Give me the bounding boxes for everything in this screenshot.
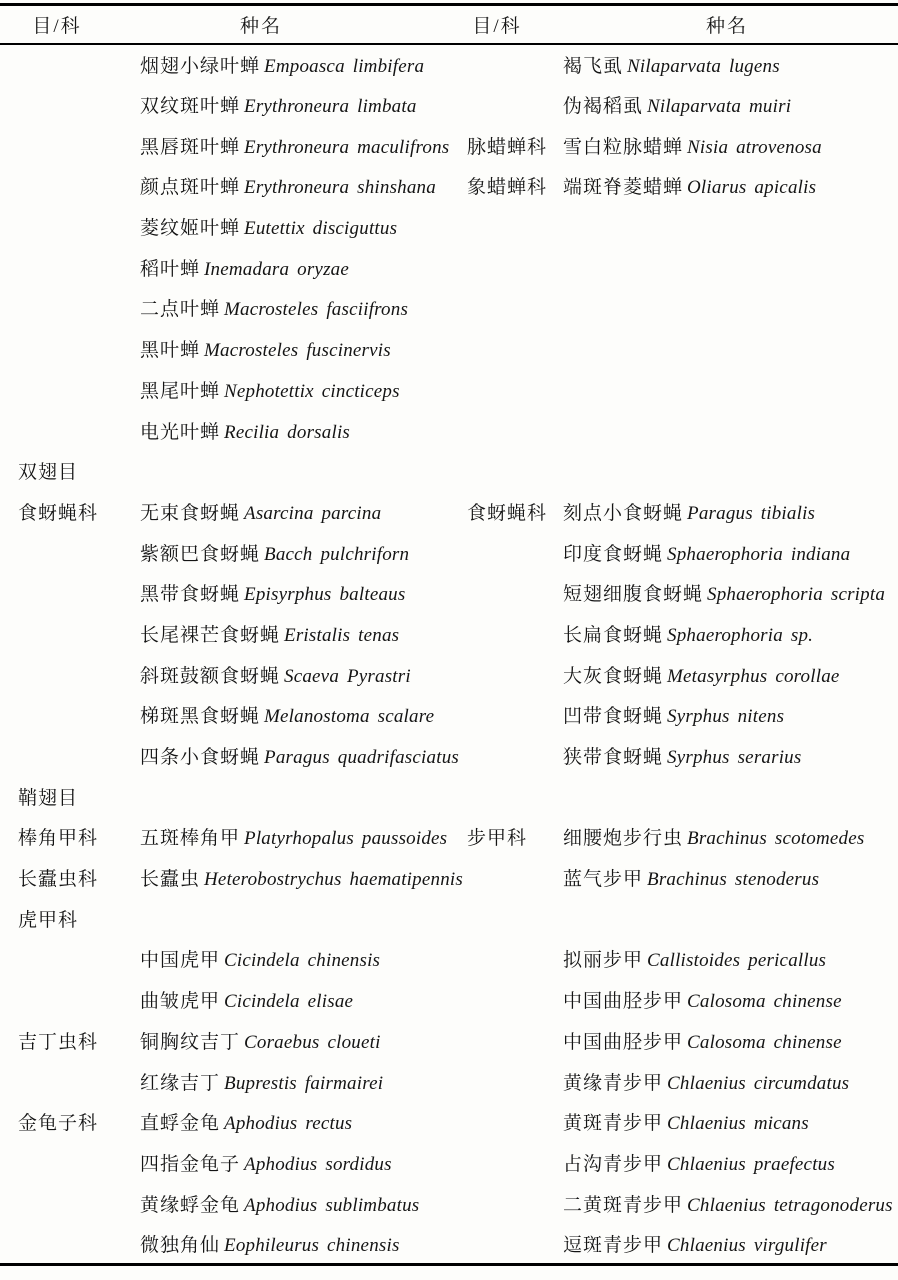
- species-latin-name-left: Eophileurus chinensis: [224, 1235, 400, 1256]
- species-latin-name-left: Erythroneura limbata: [244, 96, 417, 117]
- species-chinese-name-right: 印度食蚜蝇: [563, 544, 663, 565]
- order-family-cell-left: [0, 532, 140, 573]
- order-family-name-right: 脉蜡蝉科: [467, 137, 547, 158]
- order-family-cell-left: [0, 613, 140, 654]
- species-cell-right: 伪褐稻虱Nilaparvata muiri: [563, 84, 898, 125]
- species-latin-name-left: Aphodius sublimbatus: [244, 1195, 419, 1216]
- species-cell-left: 黄缘蜉金龟Aphodius sublimbatus: [140, 1183, 465, 1224]
- species-cell-left: 梯斑黑食蚜蝇Melanostoma scalare: [140, 695, 465, 736]
- order-family-cell-right: [465, 613, 563, 654]
- table-header-row: 目/科 种名 目/科 种名: [0, 5, 898, 44]
- species-cell-right: 二黄斑青步甲Chlaenius tetragonoderus: [563, 1183, 898, 1224]
- species-chinese-name-right: 短翅细腹食蚜蝇: [563, 584, 703, 605]
- order-family-name-left: 金龟子科: [18, 1113, 98, 1134]
- column-header-species-left: 种名: [140, 5, 465, 44]
- species-cell-left: [140, 450, 465, 491]
- species-latin-name-left: Bacch pulchriforn: [264, 544, 409, 565]
- species-latin-name-right: Chlaenius circumdatus: [667, 1073, 849, 1094]
- order-family-cell-left: [0, 1142, 140, 1183]
- table-row: 斜斑鼓额食蚜蝇Scaeva Pyrastri 大灰食蚜蝇Metasyrphus …: [0, 654, 898, 695]
- order-family-name-right: 象蜡蝉科: [467, 177, 547, 198]
- species-latin-name-left: Cicindela chinensis: [224, 950, 380, 971]
- species-latin-name-right: Syrphus nitens: [667, 706, 784, 727]
- species-chinese-name-left: 电光叶蝉: [140, 422, 220, 443]
- table-row: 吉丁虫科 铜胸纹吉丁Coraebus cloueti 中国曲胫步甲Calosom…: [0, 1020, 898, 1061]
- species-chinese-name-left: 铜胸纹吉丁: [140, 1032, 240, 1053]
- species-latin-name-right: Chlaenius praefectus: [667, 1154, 835, 1175]
- table-row: 棒角甲科 五斑棒角甲Platyrhopalus paussoides 步甲科 细…: [0, 817, 898, 858]
- species-chinese-name-right: 中国曲胫步甲: [563, 991, 683, 1012]
- species-chinese-name-left: 直蜉金龟: [140, 1113, 220, 1134]
- table-row: 黑带食蚜蝇Episyrphus balteaus 短翅细腹食蚜蝇Sphaerop…: [0, 572, 898, 613]
- species-latin-name-left: Eristalis tenas: [284, 625, 399, 646]
- table-row: 虎甲科: [0, 898, 898, 939]
- species-latin-name-right: Sphaerophoria indiana: [667, 544, 850, 565]
- species-latin-name-right: Calosoma chinense: [687, 991, 842, 1012]
- species-latin-name-right: Oliarus apicalis: [687, 177, 816, 198]
- order-family-name-left: 棒角甲科: [18, 828, 98, 849]
- order-family-name-left: 食蚜蝇科: [18, 503, 98, 524]
- table-row: 食蚜蝇科 无束食蚜蝇Asarcina parcina 食蚜蝇科 刻点小食蚜蝇Pa…: [0, 491, 898, 532]
- order-family-cell-left: 金龟子科: [0, 1101, 140, 1142]
- species-cell-left: 斜斑鼓额食蚜蝇Scaeva Pyrastri: [140, 654, 465, 695]
- order-family-cell-left: 棒角甲科: [0, 817, 140, 858]
- species-chinese-name-right: 狭带食蚜蝇: [563, 747, 663, 768]
- species-chinese-name-right: 凹带食蚜蝇: [563, 706, 663, 727]
- order-family-cell-right: [465, 898, 563, 939]
- species-latin-name-left: Erythroneura maculifrons: [244, 137, 449, 158]
- order-family-cell-right: [465, 44, 563, 85]
- order-family-name-left: 鞘翅目: [18, 788, 78, 809]
- order-family-cell-left: 食蚜蝇科: [0, 491, 140, 532]
- order-family-cell-left: [0, 328, 140, 369]
- species-cell-left: 红缘吉丁Buprestis fairmairei: [140, 1061, 465, 1102]
- species-latin-name-left: Platyrhopalus paussoides: [244, 828, 447, 849]
- species-chinese-name-right: 二黄斑青步甲: [563, 1195, 683, 1216]
- order-family-cell-right: [465, 857, 563, 898]
- species-cell-right: [563, 898, 898, 939]
- species-chinese-name-left: 长蠹虫: [140, 869, 200, 890]
- table-row: 红缘吉丁Buprestis fairmairei 黄缘青步甲Chlaenius …: [0, 1061, 898, 1102]
- species-latin-name-left: Erythroneura shinshana: [244, 177, 436, 198]
- table-row: 双翅目: [0, 450, 898, 491]
- species-chinese-name-right: 黄缘青步甲: [563, 1073, 663, 1094]
- species-cell-right: 端斑脊菱蜡蝉Oliarus apicalis: [563, 166, 898, 207]
- species-chinese-name-left: 无束食蚜蝇: [140, 503, 240, 524]
- species-cell-left: 电光叶蝉Recilia dorsalis: [140, 410, 465, 451]
- species-latin-name-left: Aphodius sordidus: [244, 1154, 392, 1175]
- species-cell-left: 烟翅小绿叶蝉Empoasca limbifera: [140, 44, 465, 85]
- species-cell-right: 拟丽步甲Callistoides pericallus: [563, 939, 898, 980]
- species-chinese-name-left: 黑尾叶蝉: [140, 381, 220, 402]
- species-latin-name-right: Paragus tibialis: [687, 503, 815, 524]
- species-chinese-name-right: 刻点小食蚜蝇: [563, 503, 683, 524]
- table-row: 金龟子科 直蜉金龟Aphodius rectus 黄斑青步甲Chlaenius …: [0, 1101, 898, 1142]
- species-chinese-name-right: 褐飞虱: [563, 56, 623, 77]
- order-family-cell-left: [0, 1223, 140, 1264]
- column-header-species-right: 种名: [563, 5, 898, 44]
- species-latin-name-right: Calosoma chinense: [687, 1032, 842, 1053]
- species-latin-name-left: Recilia dorsalis: [224, 422, 350, 443]
- species-latin-name-left: Macrosteles fasciifrons: [224, 299, 408, 320]
- species-cell-left: 中国虎甲Cicindela chinensis: [140, 939, 465, 980]
- order-family-cell-left: [0, 247, 140, 288]
- species-cell-right: [563, 247, 898, 288]
- order-family-name-right: 步甲科: [467, 828, 527, 849]
- species-chinese-name-left: 四指金龟子: [140, 1154, 240, 1175]
- species-cell-left: 颜点斑叶蝉Erythroneura shinshana: [140, 166, 465, 207]
- species-cell-left: 长尾裸芒食蚜蝇Eristalis tenas: [140, 613, 465, 654]
- species-chinese-name-left: 黑唇斑叶蝉: [140, 137, 240, 158]
- species-chinese-name-left: 黄缘蜉金龟: [140, 1195, 240, 1216]
- species-chinese-name-right: 雪白粒脉蜡蝉: [563, 137, 683, 158]
- species-cell-left: [140, 898, 465, 939]
- species-cell-left: 曲皱虎甲Cicindela elisae: [140, 979, 465, 1020]
- species-latin-name-left: Melanostoma scalare: [264, 706, 434, 727]
- order-family-cell-left: [0, 654, 140, 695]
- species-chinese-name-right: 端斑脊菱蜡蝉: [563, 177, 683, 198]
- species-cell-left: 黑唇斑叶蝉Erythroneura maculifrons: [140, 125, 465, 166]
- table-row: 四指金龟子Aphodius sordidus 占沟青步甲Chlaenius pr…: [0, 1142, 898, 1183]
- species-chinese-name-right: 拟丽步甲: [563, 950, 643, 971]
- species-latin-name-right: Metasyrphus corollae: [667, 666, 840, 687]
- species-cell-right: 大灰食蚜蝇Metasyrphus corollae: [563, 654, 898, 695]
- species-chinese-name-right: 中国曲胫步甲: [563, 1032, 683, 1053]
- order-family-cell-left: [0, 1061, 140, 1102]
- paper-table-page: 目/科 种名 目/科 种名 烟翅小绿叶蝉Empoasca limbifera 褐…: [0, 3, 898, 1280]
- order-family-cell-right: [465, 1061, 563, 1102]
- table-row: 黄缘蜉金龟Aphodius sublimbatus 二黄斑青步甲Chlaeniu…: [0, 1183, 898, 1224]
- table-body: 烟翅小绿叶蝉Empoasca limbifera 褐飞虱Nilaparvata …: [0, 44, 898, 1265]
- species-cell-left: 稻叶蝉Inemadara oryzae: [140, 247, 465, 288]
- species-cell-right: 褐飞虱Nilaparvata lugens: [563, 44, 898, 85]
- species-chinese-name-right: 细腰炮步行虫: [563, 828, 683, 849]
- species-chinese-name-left: 微独角仙: [140, 1235, 220, 1256]
- species-chinese-name-right: 黄斑青步甲: [563, 1113, 663, 1134]
- table-row: 中国虎甲Cicindela chinensis 拟丽步甲Callistoides…: [0, 939, 898, 980]
- species-chinese-name-left: 斜斑鼓额食蚜蝇: [140, 666, 280, 687]
- species-cell-left: 黑带食蚜蝇Episyrphus balteaus: [140, 572, 465, 613]
- species-latin-name-right: Brachinus stenoderus: [647, 869, 819, 890]
- order-family-cell-right: [465, 979, 563, 1020]
- column-header-order-family-right: 目/科: [465, 5, 563, 44]
- order-family-name-left: 双翅目: [18, 462, 78, 483]
- species-chinese-name-right: 蓝气步甲: [563, 869, 643, 890]
- table-row: 长尾裸芒食蚜蝇Eristalis tenas 长扁食蚜蝇Sphaerophori…: [0, 613, 898, 654]
- order-family-cell-right: [465, 1020, 563, 1061]
- species-latin-name-right: Nilaparvata muiri: [647, 96, 791, 117]
- species-cell-left: [140, 776, 465, 817]
- species-chinese-name-left: 烟翅小绿叶蝉: [140, 56, 260, 77]
- species-cell-right: 中国曲胫步甲Calosoma chinense: [563, 1020, 898, 1061]
- species-cell-right: 印度食蚜蝇Sphaerophoria indiana: [563, 532, 898, 573]
- species-cell-right: [563, 450, 898, 491]
- species-table: 目/科 种名 目/科 种名 烟翅小绿叶蝉Empoasca limbifera 褐…: [0, 3, 898, 1266]
- order-family-name-right: 食蚜蝇科: [467, 503, 547, 524]
- table-row: 黑叶蝉Macrosteles fuscinervis: [0, 328, 898, 369]
- order-family-cell-right: [465, 410, 563, 451]
- species-cell-right: 黄缘青步甲Chlaenius circumdatus: [563, 1061, 898, 1102]
- species-cell-left: 五斑棒角甲Platyrhopalus paussoides: [140, 817, 465, 858]
- order-family-cell-right: [465, 695, 563, 736]
- species-chinese-name-right: 伪褐稻虱: [563, 96, 643, 117]
- species-cell-left: 双纹斑叶蝉Erythroneura limbata: [140, 84, 465, 125]
- species-cell-left: 紫额巴食蚜蝇Bacch pulchriforn: [140, 532, 465, 573]
- order-family-cell-left: [0, 410, 140, 451]
- species-cell-left: 黑叶蝉Macrosteles fuscinervis: [140, 328, 465, 369]
- order-family-cell-right: [465, 776, 563, 817]
- species-cell-left: 铜胸纹吉丁Coraebus cloueti: [140, 1020, 465, 1061]
- species-latin-name-right: Chlaenius micans: [667, 1113, 809, 1134]
- order-family-name-left: 长蠹虫科: [18, 869, 98, 890]
- species-chinese-name-left: 四条小食蚜蝇: [140, 747, 260, 768]
- species-chinese-name-right: 大灰食蚜蝇: [563, 666, 663, 687]
- table-row: 曲皱虎甲Cicindela elisae 中国曲胫步甲Calosoma chin…: [0, 979, 898, 1020]
- species-latin-name-left: Macrosteles fuscinervis: [204, 340, 391, 361]
- species-cell-right: 蓝气步甲Brachinus stenoderus: [563, 857, 898, 898]
- species-cell-right: 短翅细腹食蚜蝇Sphaerophoria scripta: [563, 572, 898, 613]
- species-cell-right: [563, 776, 898, 817]
- species-latin-name-right: Sphaerophoria sp.: [667, 625, 813, 646]
- species-latin-name-right: Brachinus scotomedes: [687, 828, 864, 849]
- order-family-cell-right: 步甲科: [465, 817, 563, 858]
- order-family-cell-right: [465, 84, 563, 125]
- species-cell-right: 狭带食蚜蝇Syrphus serarius: [563, 735, 898, 776]
- species-cell-right: [563, 410, 898, 451]
- species-cell-right: 刻点小食蚜蝇Paragus tibialis: [563, 491, 898, 532]
- table-row: 黑唇斑叶蝉Erythroneura maculifrons 脉蜡蝉科 雪白粒脉蜡…: [0, 125, 898, 166]
- species-cell-left: 黑尾叶蝉Nephotettix cincticeps: [140, 369, 465, 410]
- species-chinese-name-left: 五斑棒角甲: [140, 828, 240, 849]
- species-cell-left: 微独角仙Eophileurus chinensis: [140, 1223, 465, 1264]
- order-family-cell-right: [465, 735, 563, 776]
- table-row: 四条小食蚜蝇Paragus quadrifasciatus 狭带食蚜蝇Syrph…: [0, 735, 898, 776]
- species-cell-right: 黄斑青步甲Chlaenius micans: [563, 1101, 898, 1142]
- species-cell-right: 占沟青步甲Chlaenius praefectus: [563, 1142, 898, 1183]
- species-chinese-name-right: 长扁食蚜蝇: [563, 625, 663, 646]
- order-family-name-left: 虎甲科: [18, 910, 78, 931]
- table-row: 黑尾叶蝉Nephotettix cincticeps: [0, 369, 898, 410]
- species-chinese-name-left: 梯斑黑食蚜蝇: [140, 706, 260, 727]
- species-chinese-name-left: 长尾裸芒食蚜蝇: [140, 625, 280, 646]
- species-cell-right: [563, 328, 898, 369]
- order-family-cell-left: 虎甲科: [0, 898, 140, 939]
- species-latin-name-right: Nilaparvata lugens: [627, 56, 780, 77]
- species-chinese-name-left: 紫额巴食蚜蝇: [140, 544, 260, 565]
- table-row: 二点叶蝉Macrosteles fasciifrons: [0, 288, 898, 329]
- species-latin-name-right: Callistoides pericallus: [647, 950, 826, 971]
- order-family-cell-left: [0, 735, 140, 776]
- column-header-order-family-left: 目/科: [0, 5, 140, 44]
- table-row: 微独角仙Eophileurus chinensis 逗斑青步甲Chlaenius…: [0, 1223, 898, 1264]
- species-chinese-name-right: 逗斑青步甲: [563, 1235, 663, 1256]
- species-latin-name-left: Coraebus cloueti: [244, 1032, 381, 1053]
- order-family-cell-left: [0, 44, 140, 85]
- species-chinese-name-left: 二点叶蝉: [140, 299, 220, 320]
- table-row: 稻叶蝉Inemadara oryzae: [0, 247, 898, 288]
- order-family-cell-right: 食蚜蝇科: [465, 491, 563, 532]
- species-cell-right: [563, 206, 898, 247]
- order-family-name-left: 吉丁虫科: [18, 1032, 98, 1053]
- order-family-cell-right: 脉蜡蝉科: [465, 125, 563, 166]
- species-chinese-name-left: 中国虎甲: [140, 950, 220, 971]
- order-family-cell-right: [465, 1223, 563, 1264]
- table-row: 梯斑黑食蚜蝇Melanostoma scalare 凹带食蚜蝇Syrphus n…: [0, 695, 898, 736]
- order-family-cell-right: [465, 1142, 563, 1183]
- order-family-cell-right: [465, 450, 563, 491]
- species-cell-left: 二点叶蝉Macrosteles fasciifrons: [140, 288, 465, 329]
- order-family-cell-left: 吉丁虫科: [0, 1020, 140, 1061]
- species-cell-left: 长蠹虫Heterobostrychus haematipennis: [140, 857, 465, 898]
- species-latin-name-left: Scaeva Pyrastri: [284, 666, 411, 687]
- species-chinese-name-left: 曲皱虎甲: [140, 991, 220, 1012]
- table-row: 双纹斑叶蝉Erythroneura limbata 伪褐稻虱Nilaparvat…: [0, 84, 898, 125]
- species-latin-name-left: Nephotettix cincticeps: [224, 381, 400, 402]
- table-row: 长蠹虫科 长蠹虫Heterobostrychus haematipennis 蓝…: [0, 857, 898, 898]
- species-cell-left: 直蜉金龟Aphodius rectus: [140, 1101, 465, 1142]
- order-family-cell-left: 双翅目: [0, 450, 140, 491]
- order-family-cell-right: [465, 572, 563, 613]
- table-row: 烟翅小绿叶蝉Empoasca limbifera 褐飞虱Nilaparvata …: [0, 44, 898, 85]
- order-family-cell-left: [0, 125, 140, 166]
- species-cell-left: 无束食蚜蝇Asarcina parcina: [140, 491, 465, 532]
- order-family-cell-left: [0, 84, 140, 125]
- species-cell-right: [563, 369, 898, 410]
- species-cell-right: 长扁食蚜蝇Sphaerophoria sp.: [563, 613, 898, 654]
- species-latin-name-left: Episyrphus balteaus: [244, 584, 405, 605]
- order-family-cell-left: [0, 695, 140, 736]
- species-latin-name-left: Cicindela elisae: [224, 991, 353, 1012]
- species-cell-left: 菱纹姬叶蝉Eutettix disciguttus: [140, 206, 465, 247]
- table-row: 电光叶蝉Recilia dorsalis: [0, 410, 898, 451]
- order-family-cell-right: [465, 654, 563, 695]
- species-chinese-name-left: 黑叶蝉: [140, 340, 200, 361]
- order-family-cell-right: [465, 288, 563, 329]
- order-family-cell-right: 象蜡蝉科: [465, 166, 563, 207]
- species-chinese-name-left: 稻叶蝉: [140, 259, 200, 280]
- species-chinese-name-left: 黑带食蚜蝇: [140, 584, 240, 605]
- order-family-cell-left: [0, 369, 140, 410]
- order-family-cell-left: [0, 288, 140, 329]
- species-cell-left: 四条小食蚜蝇Paragus quadrifasciatus: [140, 735, 465, 776]
- species-latin-name-left: Inemadara oryzae: [204, 259, 349, 280]
- species-latin-name-right: Nisia atrovenosa: [687, 137, 822, 158]
- order-family-cell-right: [465, 328, 563, 369]
- species-latin-name-right: Chlaenius virgulifer: [667, 1235, 827, 1256]
- species-chinese-name-right: 占沟青步甲: [563, 1154, 663, 1175]
- species-chinese-name-left: 双纹斑叶蝉: [140, 96, 240, 117]
- species-cell-right: 雪白粒脉蜡蝉Nisia atrovenosa: [563, 125, 898, 166]
- order-family-cell-left: [0, 572, 140, 613]
- species-cell-right: 逗斑青步甲Chlaenius virgulifer: [563, 1223, 898, 1264]
- order-family-cell-left: 长蠹虫科: [0, 857, 140, 898]
- species-latin-name-left: Asarcina parcina: [244, 503, 381, 524]
- order-family-cell-left: 鞘翅目: [0, 776, 140, 817]
- species-latin-name-right: Syrphus serarius: [667, 747, 801, 768]
- table-row: 紫额巴食蚜蝇Bacch pulchriforn 印度食蚜蝇Sphaerophor…: [0, 532, 898, 573]
- species-latin-name-left: Empoasca limbifera: [264, 56, 424, 77]
- order-family-cell-left: [0, 979, 140, 1020]
- species-latin-name-left: Aphodius rectus: [224, 1113, 352, 1134]
- order-family-cell-right: [465, 206, 563, 247]
- order-family-cell-right: [465, 1183, 563, 1224]
- species-latin-name-right: Sphaerophoria scripta: [707, 584, 885, 605]
- order-family-cell-left: [0, 206, 140, 247]
- species-latin-name-left: Paragus quadrifasciatus: [264, 747, 459, 768]
- species-chinese-name-left: 菱纹姬叶蝉: [140, 218, 240, 239]
- table-row: 菱纹姬叶蝉Eutettix disciguttus: [0, 206, 898, 247]
- species-cell-right: 细腰炮步行虫Brachinus scotomedes: [563, 817, 898, 858]
- order-family-cell-right: [465, 1101, 563, 1142]
- order-family-cell-left: [0, 166, 140, 207]
- species-cell-right: [563, 288, 898, 329]
- species-latin-name-right: Chlaenius tetragonoderus: [687, 1195, 893, 1216]
- table-row: 颜点斑叶蝉Erythroneura shinshana 象蜡蝉科 端斑脊菱蜡蝉O…: [0, 166, 898, 207]
- species-latin-name-left: Eutettix disciguttus: [244, 218, 397, 239]
- order-family-cell-right: [465, 939, 563, 980]
- species-chinese-name-left: 颜点斑叶蝉: [140, 177, 240, 198]
- species-cell-left: 四指金龟子Aphodius sordidus: [140, 1142, 465, 1183]
- species-latin-name-left: Heterobostrychus haematipennis: [204, 869, 463, 890]
- order-family-cell-right: [465, 247, 563, 288]
- order-family-cell-right: [465, 532, 563, 573]
- table-row: 鞘翅目: [0, 776, 898, 817]
- species-cell-right: 中国曲胫步甲Calosoma chinense: [563, 979, 898, 1020]
- species-latin-name-left: Buprestis fairmairei: [224, 1073, 383, 1094]
- order-family-cell-left: [0, 939, 140, 980]
- order-family-cell-right: [465, 369, 563, 410]
- species-cell-right: 凹带食蚜蝇Syrphus nitens: [563, 695, 898, 736]
- order-family-cell-left: [0, 1183, 140, 1224]
- species-chinese-name-left: 红缘吉丁: [140, 1073, 220, 1094]
